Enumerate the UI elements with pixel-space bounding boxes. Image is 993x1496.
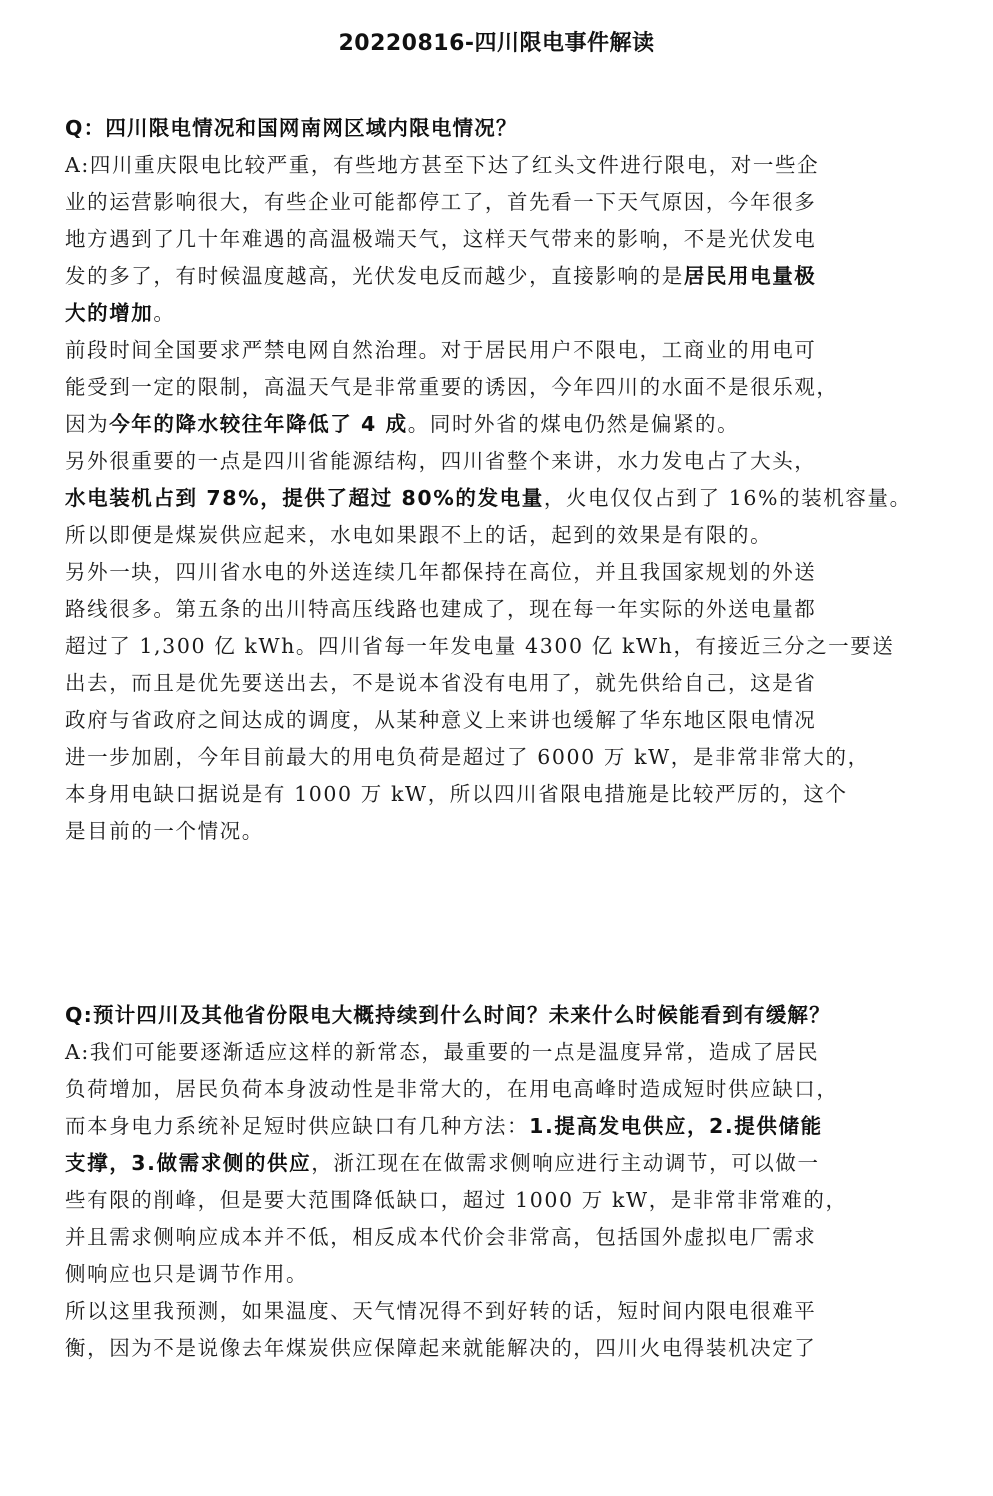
answer-line: 业的运营影响很大，有些企业可能都停工了，首先看一下天气原因，今年很多 — [65, 184, 965, 221]
answer-line: 支撑，3.做需求侧的供应，浙江现在在做需求侧响应进行主动调节，可以做一 — [65, 1145, 965, 1182]
text-run: 些有限的削峰，但是要大范围降低缺口，超过 1000 万 kW，是非常非常难的， — [65, 1188, 848, 1212]
answer-line: 所以这里我预测，如果温度、天气情况得不到好转的话，短时间内限电很难平 — [65, 1293, 965, 1330]
answer-body: A:四川重庆限电比较严重，有些地方甚至下达了红头文件进行限电，对一些企业的运营影… — [65, 147, 965, 850]
answer-line: 负荷增加，居民负荷本身波动性是非常大的，在用电高峰时造成短时供应缺口， — [65, 1071, 965, 1108]
text-run: 业的运营影响很大，有些企业可能都停工了，首先看一下天气原因，今年很多 — [65, 190, 816, 214]
answer-line: 地方遇到了几十年难遇的高温极端天气，这样天气带来的影响，不是光伏发电 — [65, 221, 965, 258]
text-run: 衡，因为不是说像去年煤炭供应保障起来就能解决的，四川火电得装机决定了 — [65, 1336, 816, 1360]
answer-line: 政府与省政府之间达成的调度，从某种意义上来讲也缓解了华东地区限电情况 — [65, 702, 965, 739]
bold-text-run: 今年的降水较往年降低了 4 成 — [109, 412, 408, 436]
text-run: 是目前的一个情况。 — [65, 819, 264, 843]
text-run: 所以这里我预测，如果温度、天气情况得不到好转的话，短时间内限电很难平 — [65, 1299, 816, 1323]
text-run: ，火电仅仅占到了 16%的装机容量。 — [544, 486, 912, 510]
text-run: 地方遇到了几十年难遇的高温极端天气，这样天气带来的影响，不是光伏发电 — [65, 227, 816, 251]
answer-line: A:我们可能要逐渐适应这样的新常态，最重要的一点是温度异常，造成了居民 — [65, 1034, 965, 1071]
answer-line: 出去，而且是优先要送出去，不是说本省没有电用了，就先供给自己，这是省 — [65, 665, 965, 702]
text-run: 。 — [153, 301, 175, 325]
text-run: 出去，而且是优先要送出去，不是说本省没有电用了，就先供给自己，这是省 — [65, 671, 816, 695]
answer-line: 所以即便是煤炭供应起来，水电如果跟不上的话，起到的效果是有限的。 — [65, 517, 965, 554]
answer-line: 并且需求侧响应成本并不低，相反成本代价会非常高，包括国外虚拟电厂需求 — [65, 1219, 965, 1256]
answer-line: 另外一块，四川省水电的外送连续几年都保持在高位，并且我国家规划的外送 — [65, 554, 965, 591]
text-run: A:我们可能要逐渐适应这样的新常态，最重要的一点是温度异常，造成了居民 — [65, 1040, 819, 1064]
bold-text-run: 居民用电量极 — [684, 264, 817, 288]
question-heading: Q：四川限电情况和国网南网区域内限电情况？ — [65, 110, 965, 147]
answer-line: 进一步加剧，今年目前最大的用电负荷是超过了 6000 万 kW，是非常非常大的， — [65, 739, 965, 776]
text-run: 侧响应也只是调节作用。 — [65, 1262, 308, 1286]
document-title: 20220816-四川限电事件解读 — [0, 26, 993, 57]
answer-line: 能受到一定的限制，高温天气是非常重要的诱因，今年四川的水面不是很乐观， — [65, 369, 965, 406]
answer-body: A:我们可能要逐渐适应这样的新常态，最重要的一点是温度异常，造成了居民负荷增加，… — [65, 1034, 965, 1367]
answer-line: 些有限的削峰，但是要大范围降低缺口，超过 1000 万 kW，是非常非常难的， — [65, 1182, 965, 1219]
answer-line: 另外很重要的一点是四川省能源结构，四川省整个来讲，水力发电占了大头， — [65, 443, 965, 480]
qa-section-2: Q:预计四川及其他省份限电大概持续到什么时间？未来什么时候能看到有缓解？ A:我… — [65, 997, 965, 1367]
text-run: 负荷增加，居民负荷本身波动性是非常大的，在用电高峰时造成短时供应缺口， — [65, 1077, 839, 1101]
bold-text-run: 水电装机占到 78%，提供了超过 80%的发电量 — [65, 486, 544, 510]
text-run: 所以即便是煤炭供应起来，水电如果跟不上的话，起到的效果是有限的。 — [65, 523, 772, 547]
answer-line: 水电装机占到 78%，提供了超过 80%的发电量，火电仅仅占到了 16%的装机容… — [65, 480, 965, 517]
text-run: ，浙江现在在做需求侧响应进行主动调节，可以做一 — [311, 1151, 819, 1175]
answer-line: 因为今年的降水较往年降低了 4 成。同时外省的煤电仍然是偏紧的。 — [65, 406, 965, 443]
text-run: 而本身电力系统补足短时供应缺口有几种方法： — [65, 1114, 529, 1138]
text-run: 另外一块，四川省水电的外送连续几年都保持在高位，并且我国家规划的外送 — [65, 560, 816, 584]
text-run: 前段时间全国要求严禁电网自然治理。对于居民用户不限电，工商业的用电可 — [65, 338, 816, 362]
bold-text-run: 1.提高发电供应，2.提供储能 — [529, 1114, 823, 1138]
answer-line: 衡，因为不是说像去年煤炭供应保障起来就能解决的，四川火电得装机决定了 — [65, 1330, 965, 1367]
text-run: 政府与省政府之间达成的调度，从某种意义上来讲也缓解了华东地区限电情况 — [65, 708, 816, 732]
text-run: 超过了 1,300 亿 kWh。四川省每一年发电量 4300 亿 kWh，有接近… — [65, 634, 894, 658]
text-run: 本身用电缺口据说是有 1000 万 kW，所以四川省限电措施是比较严厉的，这个 — [65, 782, 848, 806]
bold-text-run: 大的增加 — [65, 301, 153, 325]
text-run: A:四川重庆限电比较严重，有些地方甚至下达了红头文件进行限电，对一些企 — [65, 153, 819, 177]
text-run: 能受到一定的限制，高温天气是非常重要的诱因，今年四川的水面不是很乐观， — [65, 375, 839, 399]
text-run: 并且需求侧响应成本并不低，相反成本代价会非常高，包括国外虚拟电厂需求 — [65, 1225, 816, 1249]
text-run: 因为 — [65, 412, 109, 436]
text-run: 。同时外省的煤电仍然是偏紧的。 — [408, 412, 740, 436]
answer-line: 本身用电缺口据说是有 1000 万 kW，所以四川省限电措施是比较严厉的，这个 — [65, 776, 965, 813]
answer-line: 是目前的一个情况。 — [65, 813, 965, 850]
answer-line: 而本身电力系统补足短时供应缺口有几种方法：1.提高发电供应，2.提供储能 — [65, 1108, 965, 1145]
text-run: 路线很多。第五条的出川特高压线路也建成了，现在每一年实际的外送电量都 — [65, 597, 816, 621]
document-page: 20220816-四川限电事件解读 Q：四川限电情况和国网南网区域内限电情况？ … — [0, 0, 993, 1496]
answer-line: 超过了 1,300 亿 kWh。四川省每一年发电量 4300 亿 kWh，有接近… — [65, 628, 965, 665]
qa-section-1: Q：四川限电情况和国网南网区域内限电情况？ A:四川重庆限电比较严重，有些地方甚… — [65, 110, 965, 850]
text-run: 另外很重要的一点是四川省能源结构，四川省整个来讲，水力发电占了大头， — [65, 449, 816, 473]
answer-line: 大的增加。 — [65, 295, 965, 332]
question-heading: Q:预计四川及其他省份限电大概持续到什么时间？未来什么时候能看到有缓解？ — [65, 997, 965, 1034]
answer-line: 前段时间全国要求严禁电网自然治理。对于居民用户不限电，工商业的用电可 — [65, 332, 965, 369]
bold-text-run: 支撑，3.做需求侧的供应 — [65, 1151, 311, 1175]
text-run: 发的多了，有时候温度越高，光伏发电反而越少，直接影响的是 — [65, 264, 684, 288]
answer-line: 侧响应也只是调节作用。 — [65, 1256, 965, 1293]
text-run: 进一步加剧，今年目前最大的用电负荷是超过了 6000 万 kW，是非常非常大的， — [65, 745, 870, 769]
answer-line: 发的多了，有时候温度越高，光伏发电反而越少，直接影响的是居民用电量极 — [65, 258, 965, 295]
answer-line: 路线很多。第五条的出川特高压线路也建成了，现在每一年实际的外送电量都 — [65, 591, 965, 628]
answer-line: A:四川重庆限电比较严重，有些地方甚至下达了红头文件进行限电，对一些企 — [65, 147, 965, 184]
